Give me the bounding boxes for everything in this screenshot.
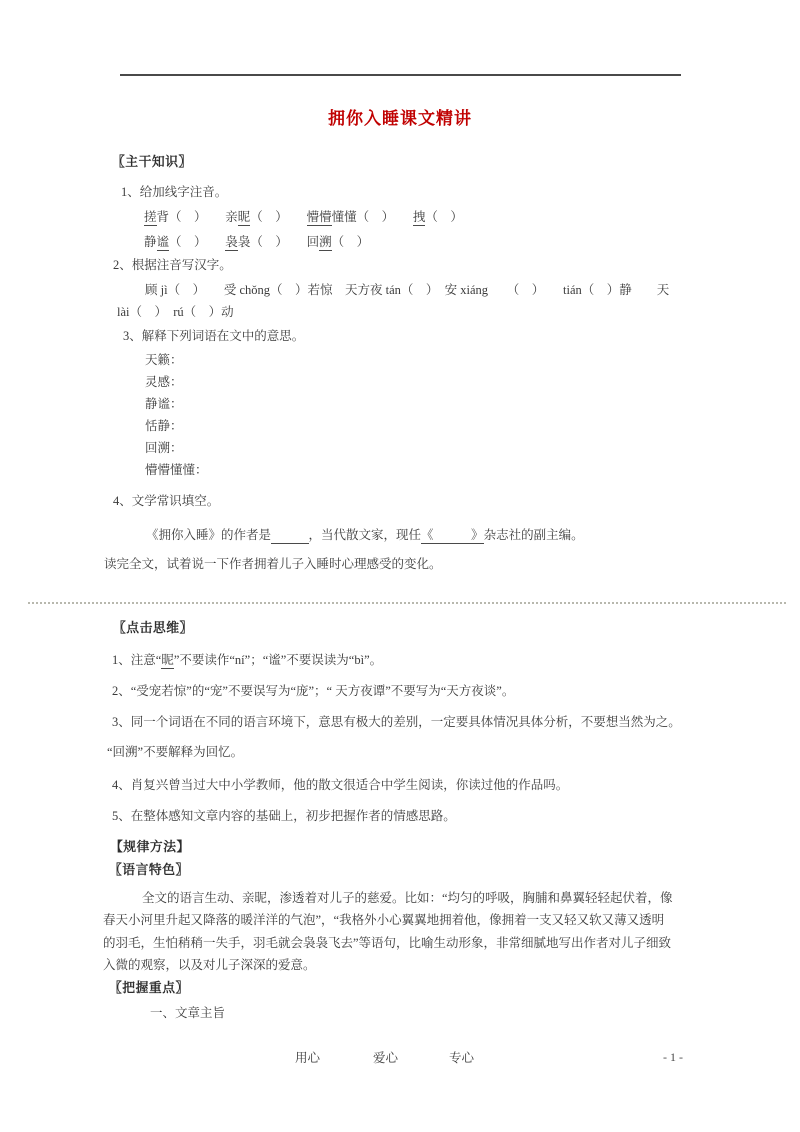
click-thinking-item: “回溯”不要解释为回忆。 — [107, 744, 243, 760]
grasp-key-item: 一、文章主旨 — [150, 1005, 225, 1021]
q1-label: 1、给加线字注音。 — [121, 184, 227, 200]
q3-item: 天籁： — [145, 352, 183, 368]
q1-row2: 静谧（ ） 袅袅（ ） 回溯（ ） — [144, 234, 369, 250]
q3-item: 恬静： — [145, 418, 183, 434]
q4-line1: 《拥你入睡》的作者是 ，当代散文家，现任《 》杂志社的副主编。 — [146, 527, 584, 543]
q3-item: 懵懵懂懂： — [145, 462, 208, 478]
section-heading-main-knowledge: 〖主干知识〗 — [112, 154, 192, 170]
footer-word: 用心 — [295, 1050, 320, 1066]
q2-line2: lài（ ） rú（ ）动 — [117, 304, 234, 320]
q2-label: 2、根据注音写汉字。 — [113, 257, 232, 273]
section-heading-click-thinking: 〖点击思维〗 — [113, 620, 193, 636]
click-thinking-item: 2、“受宠若惊”的“宠”不要误写为“庞”；“ 天方夜谭”不要写为“天方夜谈”。 — [112, 683, 514, 699]
footer-word: 专心 — [449, 1050, 474, 1066]
q3-item: 灵感： — [145, 374, 183, 390]
q3-item: 回溯： — [145, 440, 183, 456]
section-divider — [28, 602, 786, 604]
q4-line2: 读完全文，试着说一下作者拥着儿子入睡时心理感受的变化。 — [104, 556, 442, 572]
paragraph-line: 的羽毛，生怕稍稍一失手，羽毛就会袅袅飞去”等语句，比喻生动形象，非常细腻地写出作… — [103, 935, 671, 951]
footer-word: 爱心 — [373, 1050, 398, 1066]
paragraph-line: 春天小河里升起又降落的暖洋洋的气泡”，“我格外小心翼翼地拥着他，像拥着一支又轻又… — [103, 912, 664, 928]
page-title: 拥你入睡课文精讲 — [0, 109, 800, 129]
q1-row1: 搓背（ ） 亲昵（ ） 懵懵懂懂（ ） 拽（ ） — [144, 209, 463, 225]
q3-label: 3、解释下列词语在文中的意思。 — [123, 328, 304, 344]
paragraph-line: 入微的观察，以及对儿子深深的爱意。 — [103, 957, 316, 973]
q4-label: 4、文学常识填空。 — [113, 493, 219, 509]
click-thinking-item: 5、在整体感知文章内容的基础上，初步把握作者的情感思路。 — [112, 808, 456, 824]
page-number: - 1 - — [663, 1050, 683, 1065]
section-heading-rule-method: 【规律方法】 — [110, 839, 190, 855]
click-thinking-item: 3、同一个词语在不同的语言环境下，意思有极大的差别，一定要具体情况具体分析，不要… — [112, 714, 681, 730]
paragraph-line: 全文的语言生动、亲昵，渗透着对儿子的慈爱。比如：“均匀的呼吸，胸脯和鼻翼轻轻起伏… — [142, 890, 673, 906]
click-thinking-item: 1、注意“昵”不要读作“ní”；“谧”不要误读为“bì”。 — [112, 652, 382, 668]
subheading-grasp-key: 〖把握重点〗 — [109, 980, 189, 996]
subheading-language-feature: 〖语言特色〗 — [109, 862, 189, 878]
header-rule — [120, 74, 681, 76]
document-page: 拥你入睡课文精讲 〖主干知识〗 1、给加线字注音。 搓背（ ） 亲昵（ ） 懵懵… — [0, 0, 800, 1132]
click-thinking-item: 4、肖复兴曾当过大中小学教师，他的散文很适合中学生阅读，你读过他的作品吗。 — [112, 777, 568, 793]
q2-line1: 顾 jì（ ） 受 chǒng（ ）若惊 天方夜 tán（ ） 安 xiáng … — [145, 282, 669, 298]
q3-item: 静谧： — [145, 396, 183, 412]
